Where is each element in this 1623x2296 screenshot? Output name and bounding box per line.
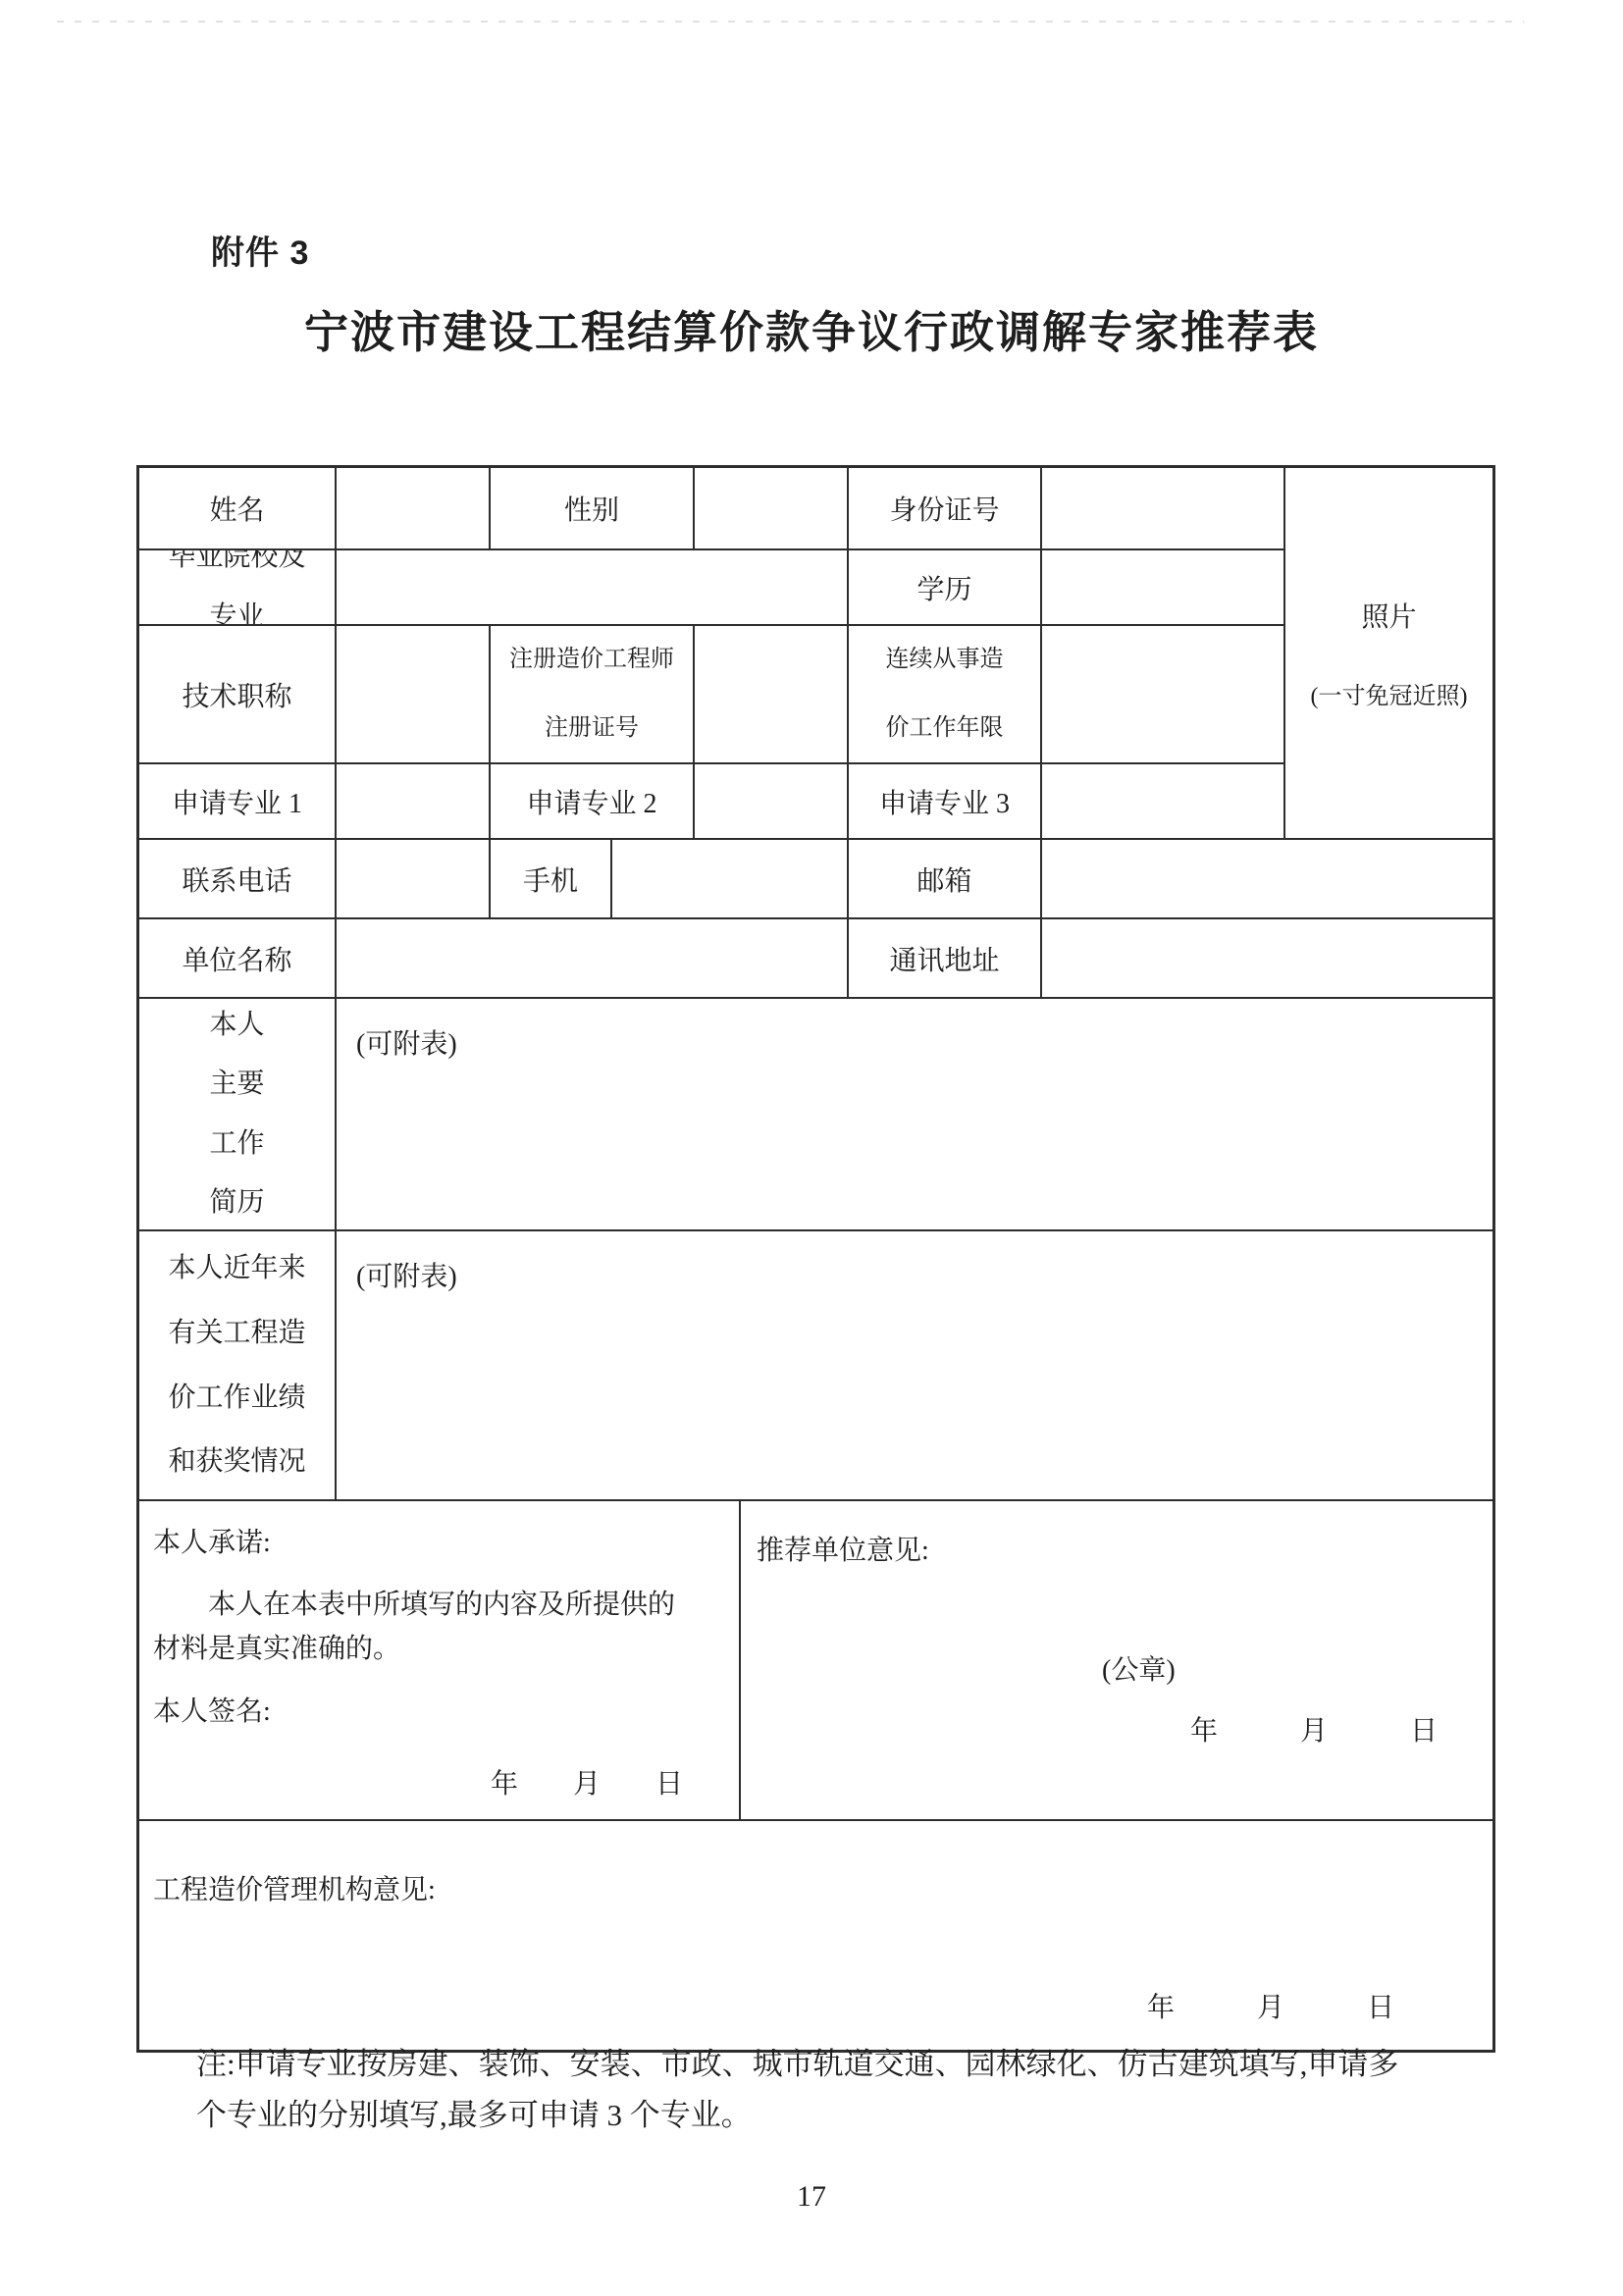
commitment-body: 本人在本表中所填写的内容及所提供的 材料是真实准确的。 <box>153 1584 723 1672</box>
school-value-cell <box>335 548 847 624</box>
phone-value-cell <box>335 840 489 917</box>
job-title-value-cell <box>335 624 489 762</box>
company-value-cell <box>335 919 847 997</box>
photo-label: 照片 <box>1361 596 1416 635</box>
email-label: 邮箱 <box>847 840 1040 917</box>
major3-label: 申请专业 3 <box>847 762 1040 838</box>
achievements-label: 本人近年来 有关工程造 价工作业绩 和获奖情况 <box>139 1231 335 1499</box>
photo-cell: 照片 (一寸免冠近照) <box>1283 468 1492 838</box>
name-value-cell <box>335 468 489 548</box>
contact-row: 联系电话 手机 邮箱 <box>139 838 1492 917</box>
recommendation-title: 推荐单位意见: <box>757 1529 929 1568</box>
page-title: 宁波市建设工程结算价款争议行政调解专家推荐表 <box>0 296 1623 360</box>
company-row: 单位名称 通讯地址 <box>139 917 1492 997</box>
scan-artifact-line <box>57 21 1524 23</box>
document-page: 附件 3 宁波市建设工程结算价款争议行政调解专家推荐表 姓名 性别 身份证号 照… <box>0 0 1623 2296</box>
signature-label: 本人签名: <box>153 1690 271 1729</box>
working-years-label: 连续从事造 价工作年限 <box>847 624 1040 762</box>
gender-label: 性别 <box>489 468 693 548</box>
mobile-label: 手机 <box>489 840 610 917</box>
id-number-value-cell <box>1040 468 1283 548</box>
resume-row: 本人 主要 工作 简历 (可附表) <box>139 997 1492 1229</box>
commitment-opinion-row: 本人承诺: 本人在本表中所填写的内容及所提供的 材料是真实准确的。 本人签名: … <box>139 1499 1492 1819</box>
achievements-attach-hint: (可附表) <box>356 1262 457 1292</box>
form-note: 注:申请专业按房建、装饰、安装、市政、城市轨道交通、园林绿化、仿古建筑填写,申请… <box>196 2039 1403 2141</box>
address-value-cell <box>1040 919 1492 997</box>
expert-recommendation-form: 姓名 性别 身份证号 照片 (一寸免冠近照) 毕业院校及 专业 学历 技术职称 … <box>136 465 1495 2053</box>
major2-value-cell <box>693 762 847 838</box>
education-label: 学历 <box>847 548 1040 624</box>
id-number-label: 身份证号 <box>847 468 1040 548</box>
recommendation-cell: 推荐单位意见: (公章) 年 月 日 <box>739 1501 1492 1819</box>
official-seal-placeholder: (公章) <box>1102 1648 1176 1688</box>
major3-value-cell <box>1040 762 1283 838</box>
authority-opinion-title: 工程造价管理机构意见: <box>153 1868 436 1907</box>
working-years-value-cell <box>1040 624 1283 762</box>
authority-opinion-row: 工程造价管理机构意见: 年 月 日 <box>139 1819 1492 2050</box>
photo-hint: (一寸免冠近照) <box>1311 676 1468 710</box>
cert-number-value-cell <box>693 624 847 762</box>
commitment-title: 本人承诺: <box>153 1521 271 1560</box>
form-top-section: 姓名 性别 身份证号 照片 (一寸免冠近照) 毕业院校及 专业 学历 技术职称 … <box>139 468 1492 838</box>
name-label: 姓名 <box>139 468 335 548</box>
education-value-cell <box>1040 548 1283 624</box>
major1-label: 申请专业 1 <box>139 762 335 838</box>
achievements-content-cell: (可附表) <box>335 1231 1492 1499</box>
commitment-cell: 本人承诺: 本人在本表中所填写的内容及所提供的 材料是真实准确的。 本人签名: … <box>139 1501 739 1819</box>
recommendation-date-placeholder: 年 月 日 <box>1190 1709 1438 1748</box>
major2-label: 申请专业 2 <box>489 762 693 838</box>
attachment-label: 附件 3 <box>211 226 309 274</box>
email-value-cell <box>1040 840 1492 917</box>
resume-attach-hint: (可附表) <box>356 1029 457 1060</box>
address-label: 通讯地址 <box>847 919 1040 997</box>
job-title-label: 技术职称 <box>139 624 335 762</box>
phone-label: 联系电话 <box>139 840 335 917</box>
school-label: 毕业院校及 专业 <box>139 548 335 624</box>
commitment-date-placeholder: 年 月 日 <box>491 1762 683 1801</box>
company-label: 单位名称 <box>139 919 335 997</box>
authority-date-placeholder: 年 月 日 <box>1147 1986 1394 2025</box>
resume-content-cell: (可附表) <box>335 999 1492 1229</box>
page-number: 17 <box>0 2180 1623 2214</box>
major1-value-cell <box>335 762 489 838</box>
mobile-value-cell <box>610 840 847 917</box>
cost-engineer-cert-label: 注册造价工程师 注册证号 <box>489 624 693 762</box>
gender-value-cell <box>693 468 847 548</box>
resume-label: 本人 主要 工作 简历 <box>139 999 335 1229</box>
achievements-row: 本人近年来 有关工程造 价工作业绩 和获奖情况 (可附表) <box>139 1229 1492 1499</box>
